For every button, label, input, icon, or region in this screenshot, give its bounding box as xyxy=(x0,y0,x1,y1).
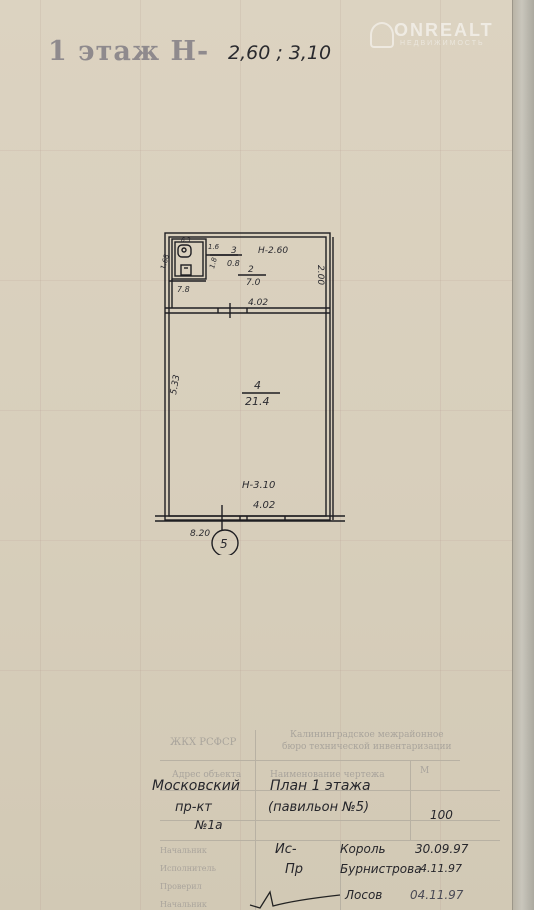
drawing-title: План 1 этажа xyxy=(270,778,371,794)
signer-name: Лосов xyxy=(345,888,382,902)
ceiling-heights: 2,60 ; 3,10 xyxy=(228,42,331,64)
stamp-org-right-1: Калининградское межрайонное xyxy=(290,730,444,740)
dim-outside: 8.20 xyxy=(190,529,210,539)
dim-wc-top: 6.3 xyxy=(181,237,191,244)
dim-wc-bottom: 7.8 xyxy=(177,285,190,294)
entrance-number: 5 xyxy=(220,537,228,551)
drawing-scale: 100 xyxy=(430,808,453,822)
signer-date: 30.09.97 xyxy=(415,842,468,856)
signer-name: Бурнистрова xyxy=(340,862,422,876)
room-4-number: 4 xyxy=(254,379,261,392)
signer-name: Король xyxy=(340,842,386,856)
signer-initials: Пр xyxy=(285,862,303,877)
document-page: 1 этаж Н- 2,60 ; 3,10 ONREALT НЕДВИЖИМОС… xyxy=(0,0,512,910)
stamp-col-m: М xyxy=(420,766,429,776)
grid-line xyxy=(0,670,512,671)
dim-room2-right: 2.00 xyxy=(315,265,325,285)
room-4-area: 21.4 xyxy=(245,395,270,408)
address-type: пр-кт xyxy=(175,800,212,815)
grid-line xyxy=(140,0,141,910)
stamp-row-label: Проверил xyxy=(160,882,202,891)
room-2-number: 2 xyxy=(248,265,254,275)
stamp-row-label: Исполнитель xyxy=(160,864,216,873)
dim-room2-bottom: 4.02 xyxy=(248,298,268,308)
floor-title: 1 этаж Н- xyxy=(48,36,209,67)
page-edge xyxy=(512,0,534,910)
watermark-brand: ONREALT xyxy=(394,20,494,41)
signature-scribble xyxy=(245,880,345,910)
dim-wc-right: 1.8 xyxy=(208,256,219,269)
dim-wc-side: 1.6 xyxy=(208,243,220,251)
signer-date: 04.11.97 xyxy=(410,888,463,902)
address-street: Московский xyxy=(152,778,240,794)
grid-line xyxy=(0,150,512,151)
stamp-row-label: Начальник xyxy=(160,900,207,909)
grid-line xyxy=(440,0,441,910)
room-3-area: 0.8 xyxy=(227,259,240,268)
dim-room4-bottom: 4.02 xyxy=(253,500,275,511)
stamp-line xyxy=(160,840,500,841)
dim-room4-left: 5.33 xyxy=(169,374,182,396)
stamp-line xyxy=(410,760,411,840)
signer-initials: Ис- xyxy=(275,842,297,857)
room-2-height: Н-2.60 xyxy=(258,246,288,256)
stamp-org-right-2: бюро технической инвентаризации xyxy=(282,742,451,752)
address-number: №1а xyxy=(195,818,222,832)
room-3-number: 3 xyxy=(231,246,237,256)
watermark-sub: НЕДВИЖИМОСТЬ xyxy=(400,40,485,47)
drawing-subtitle: (павильон №5) xyxy=(268,800,369,815)
room-4-height: Н-3.10 xyxy=(242,480,275,491)
stamp-line xyxy=(160,760,460,761)
stamp-row-label: Начальник xyxy=(160,846,207,855)
room-2-area: 7.0 xyxy=(246,278,261,288)
signer-date: 4.11.97 xyxy=(420,862,462,875)
house-pin-icon xyxy=(370,22,394,48)
grid-line xyxy=(40,0,41,910)
floor-plan: 6.3 1.68 1.8 1.6 7.8 3 0.8 Н-2.60 2 7.0 … xyxy=(150,225,350,555)
stamp-org-left: ЖКХ РСФСР xyxy=(170,737,236,748)
